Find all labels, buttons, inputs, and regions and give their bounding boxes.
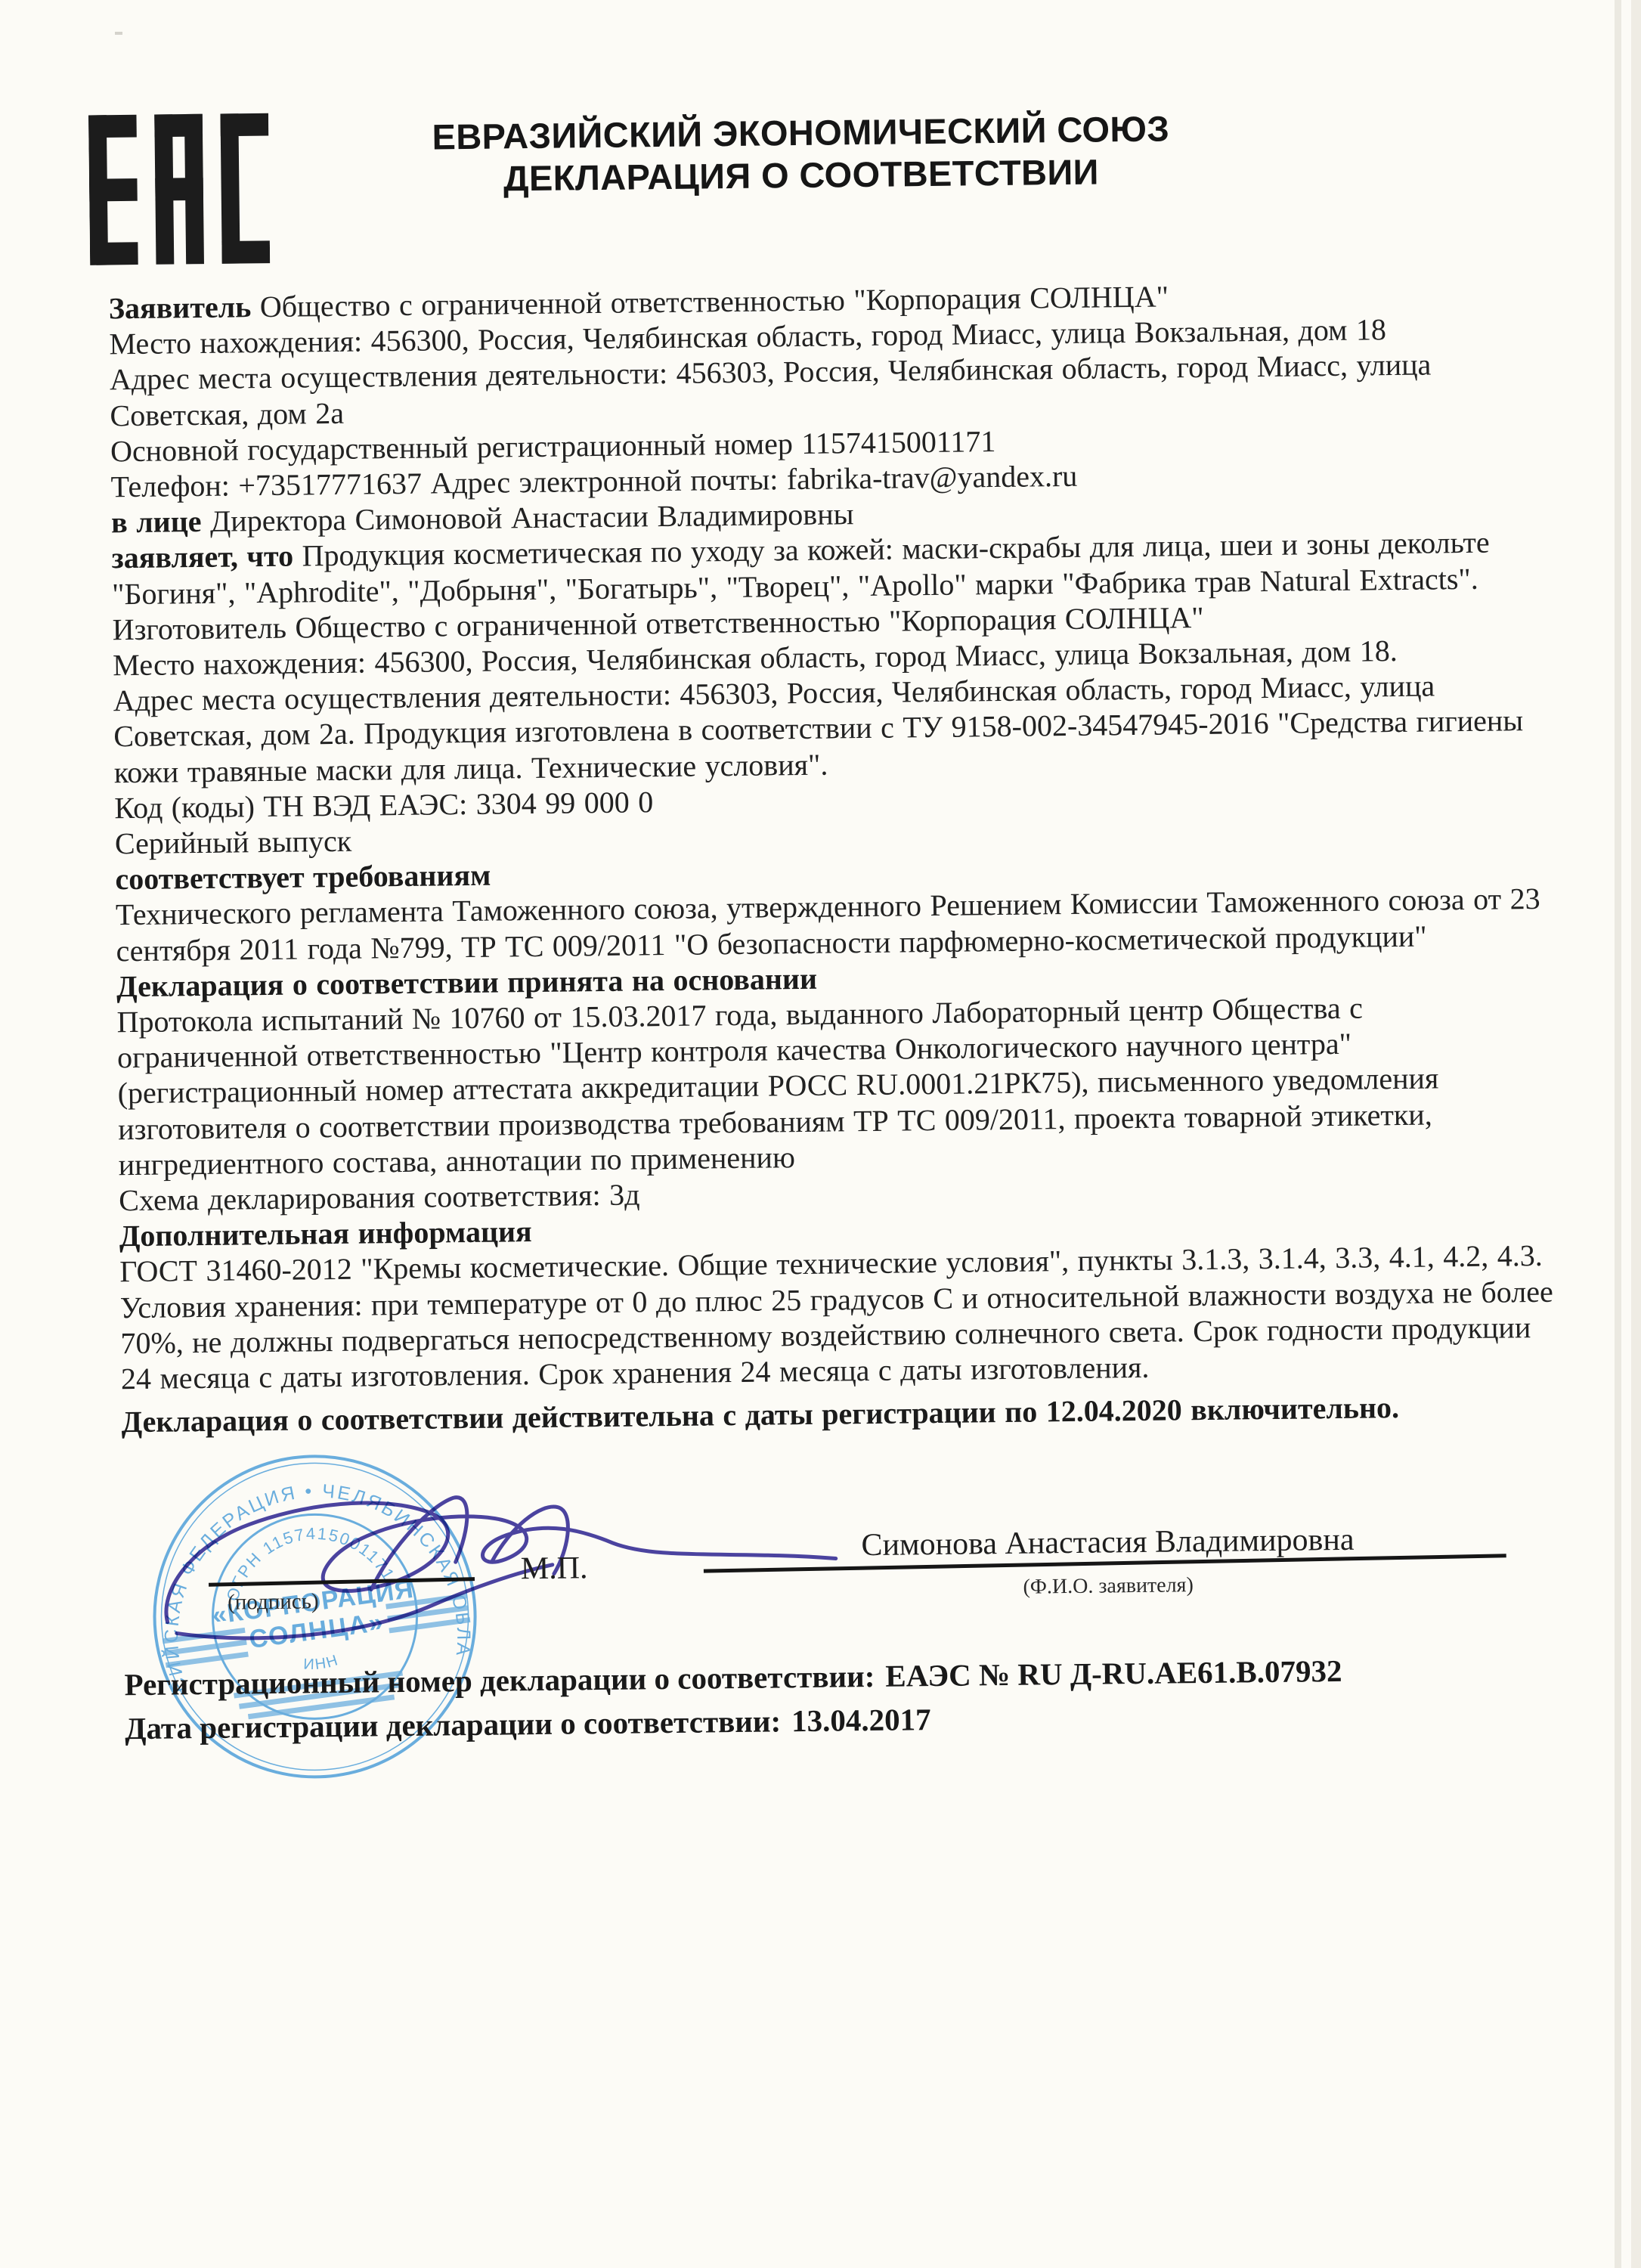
signature-caption: (подпись) <box>205 1589 341 1616</box>
paragraph: Протокола испытаний № 10760 от 15.03.201… <box>116 988 1553 1183</box>
registration-number-value: ЕАЭС № RU Д-RU.АЕ61.В.07932 <box>885 1653 1342 1693</box>
paragraph: Декларация о соответствии действительна … <box>121 1388 1556 1440</box>
scanned-content: ЕВРАЗИЙСКИЙ ЭКОНОМИЧЕСКИЙ СОЮЗ ДЕКЛАРАЦИ… <box>0 0 1641 2268</box>
paragraph: ГОСТ 31460-2012 "Кремы косметические. Об… <box>119 1238 1556 1396</box>
declaration-body: Заявитель Общество с ограниченной ответс… <box>109 274 1556 1440</box>
stamp-place-label: М.П. <box>521 1550 588 1587</box>
registration-date-label: Дата регистрации декларации о соответств… <box>125 1703 781 1746</box>
declaration-document-page: ЕВРАЗИЙСКИЙ ЭКОНОМИЧЕСКИЙ СОЮЗ ДЕКЛАРАЦИ… <box>0 0 1641 2268</box>
registration-number-label: Регистрационный номер декларации о соотв… <box>124 1659 875 1702</box>
eac-conformity-mark-icon <box>88 113 270 266</box>
applicant-name-caption: (Ф.И.О. заявителя) <box>957 1572 1259 1600</box>
paragraph: Адрес места осуществления деятельности: … <box>113 667 1549 790</box>
registration-date-value: 13.04.2017 <box>791 1702 931 1738</box>
document-title: ЕВРАЗИЙСКИЙ ЭКОНОМИЧЕСКИЙ СОЮЗ ДЕКЛАРАЦИ… <box>294 106 1308 202</box>
